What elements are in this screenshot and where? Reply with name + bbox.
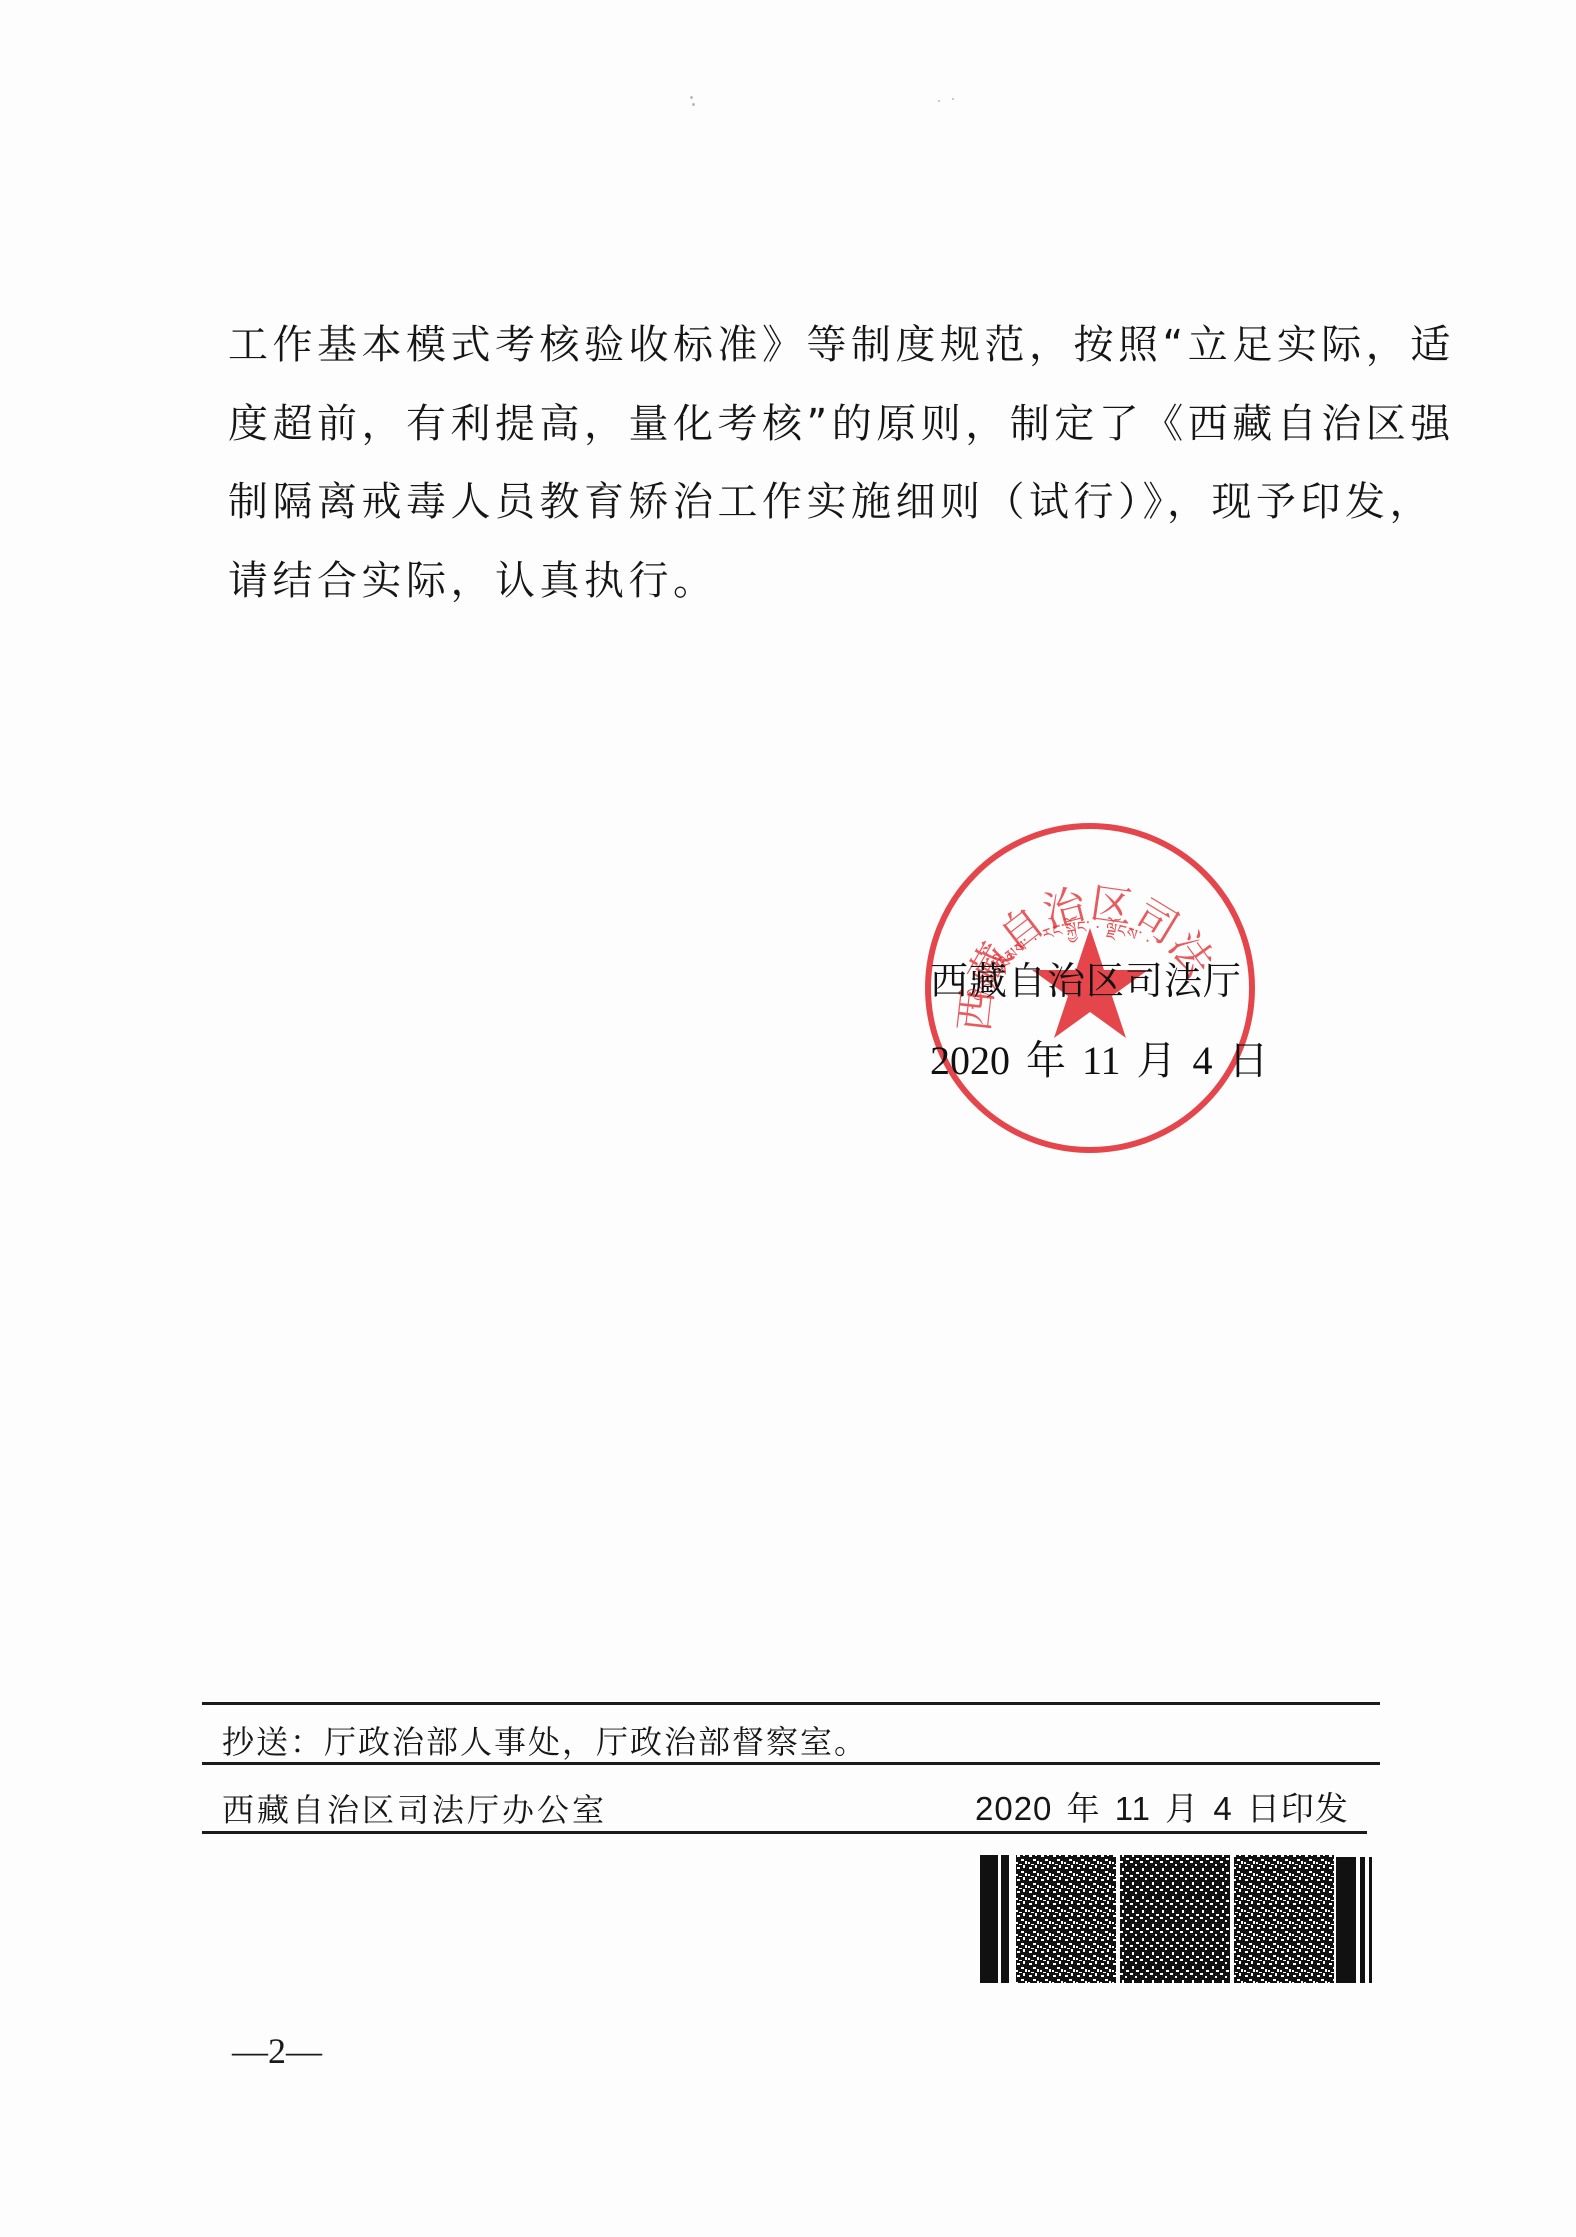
body-line-3: 制隔离戒毒人员教育矫治工作实施细则（试行）》，现予印发， bbox=[228, 463, 1418, 542]
document-page: 工作基本模式考核验收标准》等制度规范，按照“立足实际，适 度超前，有利提高，量化… bbox=[0, 0, 1576, 2237]
signature-organization: 西藏自治区司法厅 bbox=[930, 950, 1270, 1005]
divider-top bbox=[202, 1702, 1380, 1705]
signature-date: 2020 年 11 月 4 日 bbox=[930, 1029, 1270, 1086]
page-number: —2— bbox=[232, 2030, 322, 2072]
body-paragraph: 工作基本模式考核验收标准》等制度规范，按照“立足实际，适 度超前，有利提高，量化… bbox=[228, 306, 1418, 620]
scan-specks bbox=[680, 88, 980, 118]
body-line-4: 请结合实际，认真执行。 bbox=[228, 542, 1418, 621]
barcode-icon bbox=[980, 1853, 1378, 1985]
cc-line: 抄送：厅政治部人事处，厅政治部督察室。 bbox=[222, 1717, 868, 1763]
cc-recipients: 厅政治部人事处，厅政治部督察室。 bbox=[324, 1723, 868, 1761]
body-line-1: 工作基本模式考核验收标准》等制度规范，按照“立足实际，适 bbox=[228, 306, 1418, 385]
cc-label: 抄送： bbox=[222, 1723, 324, 1761]
signature-block: 西藏自治区司法厅 2020 年 11 月 4 日 bbox=[930, 950, 1270, 1086]
issue-date: 2020 年 11 月 4 日印发 bbox=[975, 1783, 1349, 1830]
issuing-office: 西藏自治区司法厅办公室 bbox=[222, 1785, 607, 1831]
divider-bottom bbox=[202, 1831, 1367, 1834]
speck bbox=[952, 98, 954, 100]
speck bbox=[690, 96, 693, 99]
speck bbox=[938, 100, 940, 102]
body-line-2: 度超前，有利提高，量化考核”的原则，制定了《西藏自治区强 bbox=[228, 385, 1418, 464]
speck bbox=[692, 103, 695, 106]
